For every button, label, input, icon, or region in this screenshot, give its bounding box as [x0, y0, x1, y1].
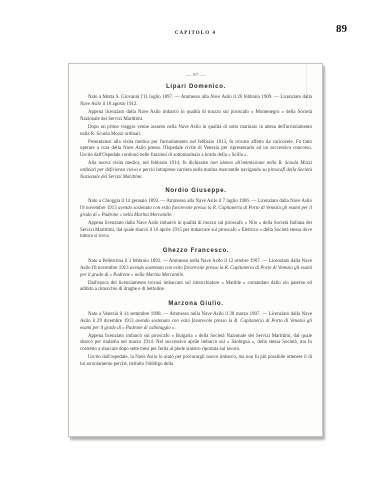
biography-paragraph: Presentatosi alla visita medica per l'ar…: [80, 140, 312, 160]
scanned-page: — 87 — Lipari Domenico. Nato a Motta S. …: [68, 63, 323, 437]
section-heading: Nordio Giuseppe.: [80, 188, 312, 194]
biography-paragraph: Dall'epoca del licenziamento trovasi imb…: [80, 281, 312, 294]
scan-crease-line: [306, 64, 307, 106]
biography-paragraph: Uscito dall'ospedale, la Nave Asilo lo a…: [80, 355, 312, 368]
biography-paragraph: Nato a Motta S. Giovanni l'11 luglio 189…: [80, 95, 312, 108]
biography-paragraph: Nato a Venezia il 14 settembre 1898. — A…: [80, 312, 312, 332]
biography-paragraph: Appena licenziato imbarcò sul piroscafo …: [80, 334, 312, 354]
section-heading: Ghezzo Francesco.: [80, 248, 312, 254]
folio-page-number: 89: [336, 23, 347, 35]
biography-section-lipari: Lipari Domenico. Nato a Motta S. Giovann…: [80, 84, 312, 181]
biography-section-nordio: Nordio Giuseppe. Nato a Chioggia il 14 g…: [80, 188, 312, 241]
biography-section-ghezzo: Ghezzo Francesco. Nato a Pellestrina il …: [80, 248, 312, 294]
biography-paragraph: Dopo un primo viaggio venne assunto nell…: [80, 125, 312, 138]
section-heading: Marzona Giulio.: [80, 301, 312, 307]
chapter-header: CAPITOLO 4: [68, 31, 323, 36]
biography-section-marzona: Marzona Giulio. Nato a Venezia il 14 set…: [80, 301, 312, 369]
biography-paragraph: Appena licenziato dalla Nave Asilo imbar…: [80, 221, 312, 241]
biography-paragraph: Alla nuova visita medica, nel febbraio 1…: [80, 161, 312, 181]
section-heading: Lipari Domenico.: [80, 84, 312, 90]
scan-page-number: — 87 —: [80, 72, 312, 77]
biography-paragraph: Nato a Pellestrina il 3 febbraio 1893. —…: [80, 259, 312, 279]
biography-paragraph: Appena licenziato dalla Nave Asilo imbar…: [80, 110, 312, 123]
biography-paragraph: Nato a Chioggia il 14 gennaio 1893. — Am…: [80, 199, 312, 219]
